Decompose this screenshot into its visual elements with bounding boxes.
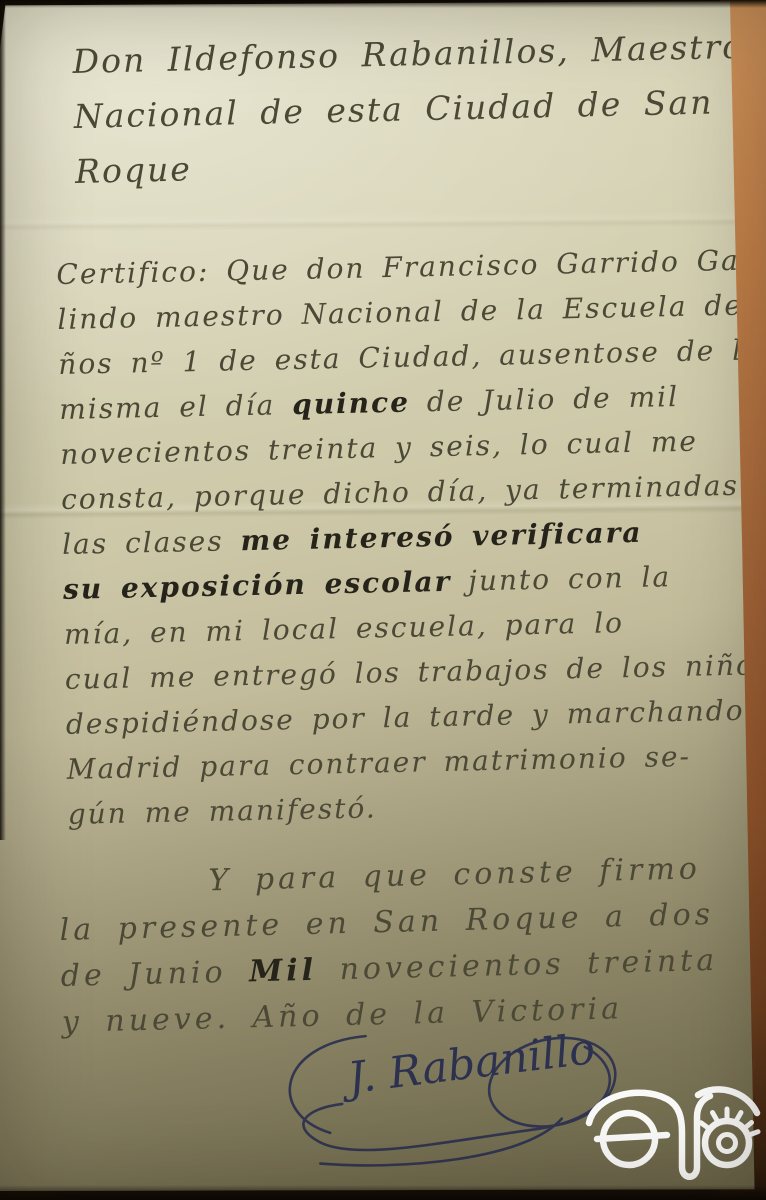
text-segment: las clases xyxy=(62,524,241,561)
logo-horizontal-bar xyxy=(597,1135,667,1139)
text-segment: mía, en mi local escuela, para lo xyxy=(64,606,625,651)
logo-right-circle xyxy=(705,1121,749,1165)
text-segment: de Julio de mil xyxy=(410,380,680,419)
signature-text: J. Rabanillo xyxy=(337,1024,597,1105)
text-segment-bold: quince xyxy=(292,386,410,421)
archive-logo-icon xyxy=(585,1083,761,1187)
text-segment: misma el día xyxy=(59,388,293,426)
certificate-body: Certifico: Que don Francisco Garrido Ga-… xyxy=(56,236,766,836)
text-segment: Y para que conste firmo xyxy=(208,851,701,898)
logo-inner-circle xyxy=(719,1135,736,1152)
document-paper: Don Ildefonso Rabanillos, Maestro Nacion… xyxy=(0,0,766,1200)
text-segment: novecientos treinta y seis, lo cual me xyxy=(60,425,698,471)
text-segment: gún me manifestó. xyxy=(67,791,377,830)
archive-watermark-logo xyxy=(585,1083,761,1191)
text-segment: novecientos treinta xyxy=(317,943,719,988)
text-segment: junto con la xyxy=(451,560,671,598)
text-segment-bold: Mil xyxy=(249,953,318,990)
text-segment-bold: me interesó verificara xyxy=(240,516,643,557)
document-header: Don Ildefonso Rabanillos, Maestro Nacion… xyxy=(72,19,747,199)
paper-crease xyxy=(0,210,766,231)
text-segment-bold: su exposición escolar xyxy=(63,565,452,606)
text-segment: de Junio xyxy=(60,954,249,994)
text-segment: Madrid para contraer matrimonio se- xyxy=(66,740,691,786)
photo-scene: Don Ildefonso Rabanillos, Maestro Nacion… xyxy=(0,0,766,1200)
